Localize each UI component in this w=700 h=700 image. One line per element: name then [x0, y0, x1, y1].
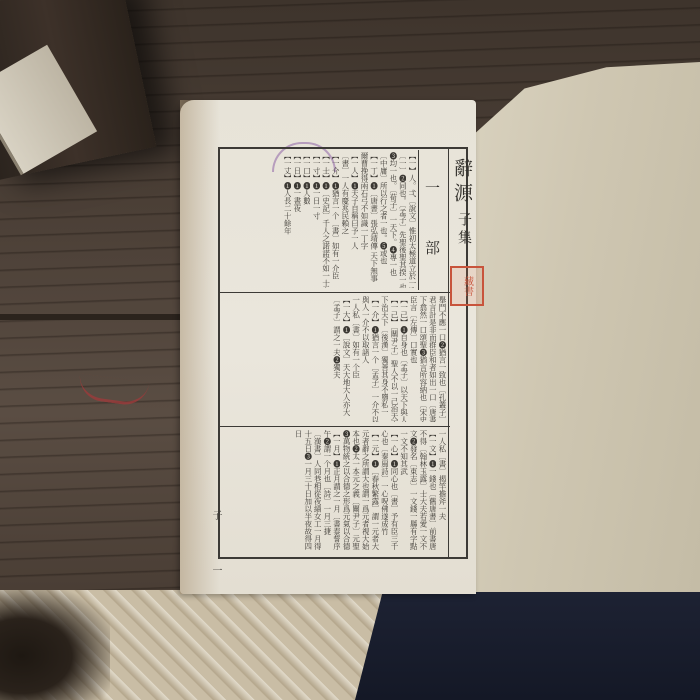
- entry-column: 【一己】❶自身也〔孟子〕以天下與人易: [399, 296, 408, 422]
- entry-column: 〔中庸〕所以行之者一也。❺或也: [379, 152, 388, 288]
- entry-column: 十五日❸一月三十日加以半夜故得四十五: [303, 430, 312, 550]
- entry-column: 一文不知其武: [399, 430, 408, 550]
- entry-band-bottom: 一人私〔書〕揭竿擔斧一夫 【一文】❶一錢也〔舊唐書〕前書唐墨波一文 不得〔翰林玉…: [222, 430, 446, 550]
- band-divider-2: [218, 426, 450, 427]
- entry-column: 【一丈】❶人長二十餘年: [283, 152, 292, 288]
- entry-column: 【一介】❶猶言一个〔書〕如有一介臣: [331, 152, 340, 288]
- entry-column: 【一人】❶天子自稱曰予一人: [350, 152, 359, 288]
- entry-column: 【一日】❶一晝夜: [292, 152, 301, 288]
- entry-column: 〔書〕一人有慶兆民賴之: [340, 152, 349, 288]
- entry-column: 〔一〕❷同也。〔孟子〕先聖後聖其揆一也: [398, 152, 407, 288]
- entry-column: 君言計是非而群臣和者如出一口〔唐書〕天: [428, 296, 437, 422]
- entry-column: 午❷謂一个月也〔詩〕一月三捷: [322, 430, 331, 550]
- shadow: [0, 590, 110, 700]
- dictionary-title: 辭源: [452, 158, 476, 208]
- entry-column: 一人私〔書〕如有一个臣: [351, 296, 360, 422]
- volume-label: 子集: [456, 212, 474, 248]
- entry-column: 【一丁】❶〔唐書〕張弘靖傳 天下無事: [369, 152, 378, 288]
- entry-column: 文❷發名〔東志〕一文錢一縣有字點書爲識: [409, 430, 418, 550]
- entry-band-top: 【一】人。弌〔說文〕惟初太極道立於一造分天地化成萬物 〔一〕❷同也。〔孟子〕先聖…: [222, 152, 416, 288]
- entry-column: 【一月】❶正月謂之一月〔書泰誓序〕一月戊: [332, 430, 341, 550]
- entry-column: 【一】人。弌〔說文〕惟初太極道立於一造分天地化成萬物: [407, 152, 416, 288]
- entry-column: 臣言〔左傳〕口實也: [409, 296, 418, 422]
- entry-column: 〔漢書〕人同巷相從夜績女工一月得四: [313, 430, 322, 550]
- entry-column: 【一元】❶〔春秋繁露〕謂一元者大始也〔漢書〕: [370, 430, 379, 550]
- entry-column: ❸均一也。〔荀子〕一天下。❹專一也: [388, 152, 397, 288]
- entry-column: 【一己】〔關尹子〕聖人不以一己治天下而以天: [389, 296, 398, 422]
- table-board-gap: [0, 314, 205, 320]
- title-text: 辭源: [451, 158, 473, 208]
- margin-number: 一: [208, 565, 223, 575]
- entry-column: 與人一介不以取諸人: [361, 296, 370, 422]
- margin-char: 子: [208, 510, 223, 520]
- entry-column: 下翕然一口頌聖❸猶言所容納也〔宋史〕七: [418, 296, 427, 422]
- entry-column: 下治天下〔後漢〕獨善其身不隳私一: [380, 296, 389, 422]
- entry-column: 【一寸】❶一日一寸: [311, 152, 320, 288]
- entry-column: 不得〔翰林玉露〕士大夫若愛一文不值一: [418, 430, 427, 550]
- entry-column: 一人私〔書〕揭竿擔斧一夫: [437, 430, 446, 550]
- entry-band-middle: 舉鬥不應一口❷猶言一致也〔孔叢子〕衛 君言計是非而群臣和者如出一口〔唐書〕天 下…: [222, 296, 446, 422]
- entry-column: 本也❷太一本元之義〔關尹子〕元聖手一元之氣: [351, 430, 360, 550]
- entry-column: 爾曹挽得兩石弓不如識一丁字: [359, 152, 368, 288]
- right-page-blank[interactable]: [466, 62, 700, 592]
- radical-label: 一 部: [422, 180, 443, 275]
- entry-column: 【一大】❶〔說文〕天大地大人亦大: [341, 296, 350, 422]
- entry-column: 日: [294, 430, 303, 550]
- entry-column: 【一口】❶人數: [302, 152, 311, 288]
- entry-column: 心也〔秦風詩〕一心呪佛遂成竹: [380, 430, 389, 550]
- dark-cloth: [355, 592, 700, 700]
- entry-column: 【一介】❶猶言一个〔孟子〕一介不以: [370, 296, 379, 422]
- entry-column: 【一文】❶一錢也〔舊唐書〕前書唐墨波一文: [428, 430, 437, 550]
- entry-column: 舉鬥不應一口❷猶言一致也〔孔叢子〕衛: [437, 296, 446, 422]
- entry-column: 元者辭之所謂大也謂一爲元者視大始而欲正: [361, 430, 370, 550]
- entry-column: 【一心】❶同心也〔書〕予有臣三千惟一心❷專: [389, 430, 398, 550]
- entry-column: 【一士】❶〔史記〕千人之諾諾不如一士之諤諤: [321, 152, 330, 288]
- header-column: [448, 147, 479, 557]
- entry-column: 〔孟子〕謂之一夫❷獨夫: [332, 296, 341, 422]
- band-divider-1: [218, 292, 450, 293]
- red-seal-stamp: 藏書: [450, 266, 484, 306]
- entry-column: ❸萬物統之以合德之形爲元氣以合德: [341, 430, 350, 550]
